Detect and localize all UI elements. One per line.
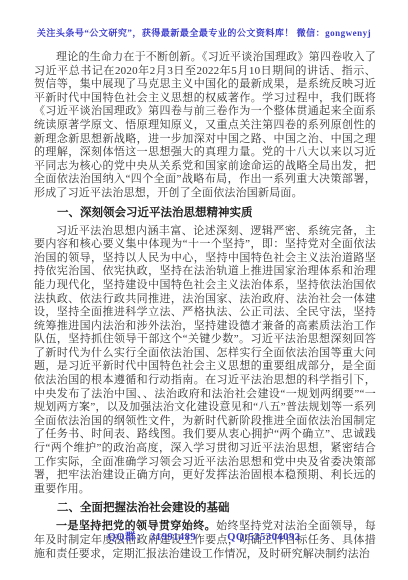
section-heading-1: 一、深刻领会习近平法治思想精神实质 (34, 206, 376, 220)
section-heading-2: 二、全面把握法治社会建设的基础 (34, 501, 376, 515)
article-body: 理论的生命力在于不断创新。《习近平谈治国理政》第四卷收入了习近平总书记在2020… (34, 51, 376, 561)
paragraph-section-1: 习近平法治思想内涵丰富、论述深刻、逻辑严密、系统完备，主要内容和核心要义集中体现… (34, 225, 376, 497)
footer-qq: QQ:535304092 (227, 532, 300, 543)
header-notice-text: 关注头条号“公文研究”，获得最新最全最专业的公文资料库！ 微信：gongweny… (37, 28, 371, 38)
document-page: 关注头条号“公文研究”，获得最新最全最专业的公文资料库！ 微信：gongweny… (0, 0, 408, 580)
footer-qq-group: QQ群： 31991489 (108, 529, 196, 544)
footer-banner: QQ群： 31991489 QQ:535304092 (0, 529, 408, 544)
header-banner: 关注头条号“公文研究”，获得最新最全最专业的公文资料库！ 微信：gongweny… (0, 26, 408, 39)
paragraph-intro: 理论的生命力在于不断创新。《习近平谈治国理政》第四卷收入了习近平总书记在2020… (34, 51, 376, 201)
